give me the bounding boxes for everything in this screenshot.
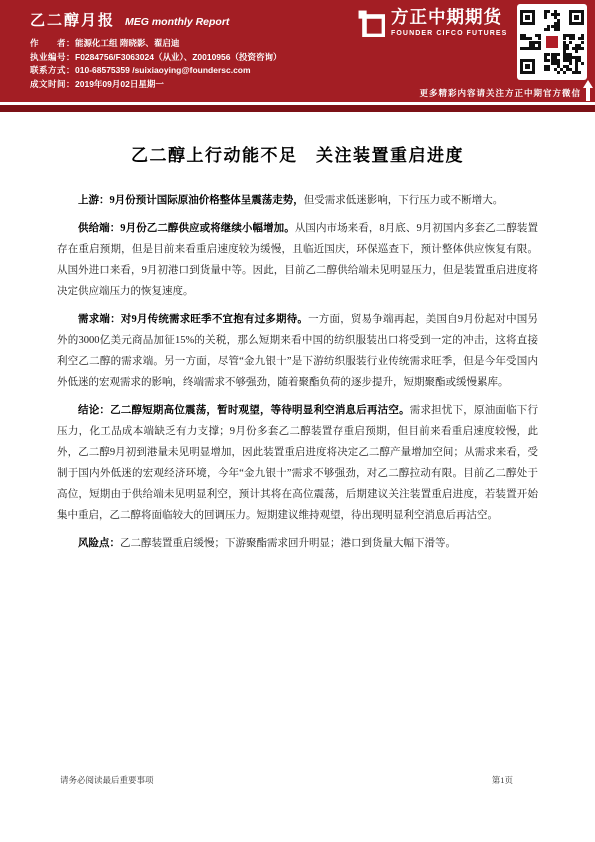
paragraph-upstream: 上游：9月份预计国际原油价格整体呈震荡走势，但受需求低迷影响，下行压力或不断增大… [57, 190, 538, 211]
qr-center-logo-icon [544, 34, 560, 50]
meta-label: 成文时间： [30, 79, 75, 89]
paragraph-supply: 供给端：9月份乙二醇供应或将继续小幅增加。从国内市场来看，8月底、9月初国内多套… [57, 218, 538, 302]
paragraph-lead: 上游：9月份预计国际原油价格整体呈震荡走势， [78, 195, 304, 206]
meta-value: 2019年09月02日星期一 [75, 79, 164, 89]
brand-text-block: 方正中期期货 FOUNDER CIFCO FUTURES [391, 9, 507, 37]
paragraph-conclusion: 结论：乙二醇短期高位震荡，暂时观望，等待明显利空消息后再沽空。需求担忧下，原油面… [57, 400, 538, 526]
meta-label: 联系方式： [30, 65, 75, 75]
paragraph-text: 乙二醇装置重启缓慢；下游聚酯需求回升明显；港口到货量大幅下滑等。 [120, 538, 456, 549]
paragraph-text: 一方面，贸易争端再起，美国自9月份起对中国另外的3000亿美元商品加征15%的关… [57, 314, 538, 388]
brand-name-en: FOUNDER CIFCO FUTURES [391, 30, 507, 37]
article-title: 乙二醇上行动能不足 关注装置重启进度 [57, 141, 538, 166]
report-title-row: 乙二醇月报 MEG monthly Report [30, 9, 281, 30]
footer-disclaimer: 请务必阅读最后重要事项 [60, 774, 154, 786]
meta-row-contact: 联系方式：010-68575359 /suixiaoying@foundersc… [30, 64, 281, 78]
meta-label: 执业编号： [30, 52, 75, 62]
meta-row-date: 成文时间：2019年09月02日星期一 [30, 78, 281, 92]
paragraph-lead: 结论：乙二醇短期高位震荡，暂时观望，等待明显利空消息后再沽空。 [78, 405, 410, 416]
paragraph-risks: 风险点：乙二醇装置重启缓慢；下游聚酯需求回升明显；港口到货量大幅下滑等。 [57, 533, 538, 554]
up-arrow-icon [583, 80, 593, 102]
paragraph-text: 需求担忧下，原油面临下行压力，化工品成本端缺乏有力支撑；9月份多套乙二醇装置存重… [57, 405, 538, 521]
page-number: 第1页 [492, 774, 513, 786]
brand-name-cn: 方正中期期货 [391, 9, 507, 27]
meta-value: F0284756/F3063024（从业）、Z0010956（投资咨询） [75, 52, 281, 62]
report-page: 乙二醇月报 MEG monthly Report 作 者：能源化工组 隋晓影、翟… [0, 0, 595, 842]
meta-value: 能源化工组 隋晓影、翟启迪 [75, 38, 179, 48]
wechat-qr-code [517, 4, 587, 80]
report-title-cn: 乙二醇月报 [30, 9, 115, 30]
header-left-block: 乙二醇月报 MEG monthly Report 作 者：能源化工组 隋晓影、翟… [30, 9, 281, 91]
meta-row-author: 作 者：能源化工组 隋晓影、翟启迪 [30, 37, 281, 51]
meta-value: 010-68575359 /suixiaoying@foundersc.com [75, 65, 251, 75]
paragraph-lead: 需求端：对9月传统需求旺季不宜抱有过多期待。 [78, 314, 308, 325]
qr-finder-icon [520, 10, 535, 25]
header-divider [0, 105, 595, 112]
paragraph-lead: 供给端：9月份乙二醇供应或将继续小幅增加。 [78, 223, 295, 234]
report-header: 乙二醇月报 MEG monthly Report 作 者：能源化工组 隋晓影、翟… [0, 0, 595, 102]
meta-row-license: 执业编号：F0284756/F3063024（从业）、Z0010956（投资咨询… [30, 51, 281, 65]
paragraph-text: 从国内市场来看，8月底、9月初国内多套乙二醇装置存在重启预期，但是目前来看重启速… [57, 223, 538, 297]
qr-modules [520, 10, 584, 74]
meta-label: 作 者： [30, 38, 75, 48]
report-title-en: MEG monthly Report [125, 16, 229, 28]
paragraph-demand: 需求端：对9月传统需求旺季不宜抱有过多期待。一方面，贸易争端再起，美国自9月份起… [57, 309, 538, 393]
qr-finder-icon [520, 59, 535, 74]
article: 乙二醇上行动能不足 关注装置重启进度 上游：9月份预计国际原油价格整体呈震荡走势… [0, 141, 595, 554]
paragraph-text: 但受需求低迷影响，下行压力或不断增大。 [304, 195, 504, 206]
qr-finder-icon [569, 10, 584, 25]
report-meta: 作 者：能源化工组 隋晓影、翟启迪 执业编号：F0284756/F3063024… [30, 37, 281, 91]
founder-logo-icon [358, 10, 385, 37]
brand-logo: 方正中期期货 FOUNDER CIFCO FUTURES [358, 9, 507, 37]
article-body: 上游：9月份预计国际原油价格整体呈震荡走势，但受需求低迷影响，下行压力或不断增大… [57, 190, 538, 554]
paragraph-lead: 风险点： [78, 538, 120, 549]
wechat-note: 更多精彩内容请关注方正中期官方微信 [419, 87, 581, 99]
